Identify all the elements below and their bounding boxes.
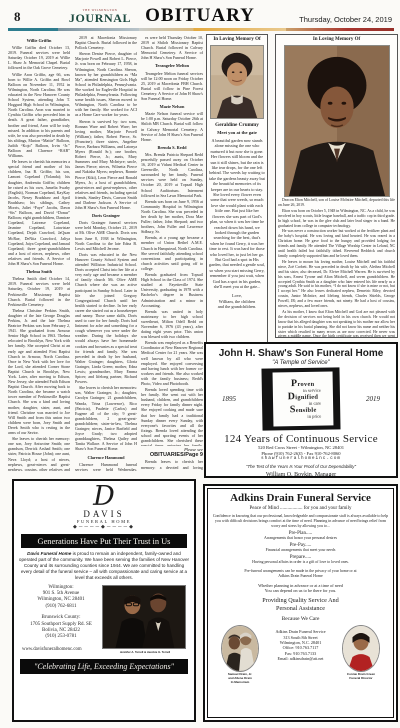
obituary-paragraph: Sheron is survived by: two sons, Ronnan … <box>75 119 137 211</box>
davis-photo-caption: Jennifer A. Terrell & Jacobie G. Terrell <box>102 650 188 654</box>
obituary-paragraph: She leaves to cherish her memory: one so… <box>8 436 70 471</box>
obituary-column-1: Willie GriffinWillie Griffin died Octobe… <box>8 35 70 471</box>
obituary-paragraph: 2019 at Macedonia Missionary Baptist Chu… <box>75 35 137 50</box>
obituary-paragraph: Brenda, at a young age became a member o… <box>141 235 203 271</box>
adkins-whether-note: Whether planning in advance or at a time… <box>208 583 393 594</box>
adkins-preplan-desc: Arrangements that honor your personal de… <box>208 536 393 541</box>
adkins-memoriam-caption: Samuel Drain, Jr.and Allene DrainIn Memo… <box>214 673 266 684</box>
obituary-heading: Terangelee Melton <box>141 63 203 68</box>
obituary-heading: Mazie Nelson <box>141 104 203 109</box>
elton-portrait-photo <box>284 45 390 197</box>
memorial-paragraph: As his mother, I know that Elton Mitchel… <box>278 310 395 338</box>
obituary-paragraph: es were held Thursday October 10, 2019 a… <box>141 35 203 60</box>
obituary-paragraph: Thelma Christine Perkins Smith, daughter… <box>8 308 70 435</box>
shaw-website: shawfuneralhomeinc.com <box>206 456 396 461</box>
adkins-memoriam-caption-line: In Memoriam <box>214 681 266 685</box>
adkins-contact-line: Email: adkinsdrain@att.net <box>275 656 325 661</box>
memorial-box-elton: In Loving Memory Of Deacon Elton Mitchel… <box>275 34 398 338</box>
section-divider-bar <box>8 28 394 31</box>
davis-wilmington-block: Wilmington:901 S. 5th AvenueWilmington, … <box>22 585 100 611</box>
davis-photo-image <box>102 585 186 649</box>
adkins-intro-text: Confidence in knowing that our professio… <box>212 514 390 529</box>
obituary-heading: Brenda S. Redd <box>141 145 203 150</box>
davis-directors-photo: Jennifer A. Terrell & Jacobie G. Terrell <box>102 585 188 654</box>
davis-body-lead: Davis Funeral Home <box>27 551 71 556</box>
davis-brunswick-line: (910) 253-0781 <box>22 634 100 640</box>
obituary-column-2: 2019 at Macedonia Missionary Baptist Chu… <box>75 35 137 471</box>
pds-plaque-graphic: Provenin serviceDignifiedin careSensible… <box>261 367 340 430</box>
shaw-year-founded: 1895 <box>214 395 244 403</box>
adkins-director-caption-line: Funeral Director <box>335 677 387 681</box>
geraldine-portrait-photo <box>210 45 264 119</box>
obituary-paragraph: Mazie Nelson funeral service will be 1:0… <box>141 111 203 142</box>
obituary-paragraph: Brenda was born on June 9, 1956 at Commu… <box>141 199 203 235</box>
davis-website: www.davisfuneralhomenc.com <box>22 647 100 653</box>
davis-flourish-ornament: ◆────◆────◆ <box>14 525 194 531</box>
adkins-inner-frame: Adkins Drain Funeral Service Peace of Mi… <box>207 488 394 718</box>
memorial-paragraph: Deacon Elton Mitchell, son of Louise McI… <box>278 198 395 208</box>
davis-body-text: Davis Funeral Home is proud to remain an… <box>18 551 190 581</box>
obituary-paragraph: He leaves to cherish his memories a spec… <box>8 159 70 266</box>
obituary-paragraph: Brenda was employed as a Benefits Coordi… <box>141 340 203 386</box>
shaw-ad-title: John H. Shaw's Son Funeral Home <box>206 348 396 359</box>
memorial-poem: A beautiful garden now stands alone miss… <box>209 138 265 289</box>
davis-slogan-banner: "Celebrating Life, Exceeding Expectation… <box>20 659 188 674</box>
obituary-paragraph: Brenda graduated from Topsail High Schoo… <box>141 272 203 308</box>
obituary-heading: Doris Grainger <box>75 213 137 218</box>
shaw-tagline: "The Test of the Years Is Your Proof of … <box>206 464 396 469</box>
shaw-years-of-service: 124 Years of Continuous Service <box>206 433 396 445</box>
connie-green-photo <box>342 625 380 672</box>
obituary-paragraph: She leaves to cherish her memories: son,… <box>75 385 137 451</box>
davis-logo-initial: D <box>14 483 194 510</box>
obituary-paragraph: Willie Griffin died October 13, 2019. Fu… <box>8 45 70 70</box>
plaque-subtext: in price <box>275 413 331 419</box>
obituary-paragraph: Thelma Smith died October 14, 2019. Fune… <box>8 276 70 307</box>
page-number: 8 <box>14 9 21 25</box>
adkins-director-side: Connie Drain GreenFuneral Director <box>335 625 387 684</box>
adkins-prepay-desc: Financial arrangements that meet your ne… <box>208 548 393 553</box>
memorial-box-geraldine: In Loving Memory Of Geraldine Crummy Mee… <box>206 34 268 370</box>
shaw-manager: William O. Boykin, Manager <box>206 472 396 478</box>
adkins-providing-text: Personal Assistance <box>208 605 393 612</box>
obituary-paragraph: Brenda leaves to cherish her memory: a d… <box>141 459 203 471</box>
adkins-contact-block: Adkins Drain Funeral Service313 South 8t… <box>275 625 325 684</box>
davis-locations: Wilmington:901 S. 5th AvenueWilmington, … <box>22 585 100 654</box>
continued-note-target: OBITUARIES/Page 9 <box>137 452 203 458</box>
adkins-privacy-line: Adkins Drain Funeral Home <box>208 574 393 579</box>
adkins-whether-line: You can depend on us to be there for you… <box>208 588 393 593</box>
adkins-providing-text: Providing Quality Service And <box>208 597 393 604</box>
obituary-paragraph: Sheron Denise Pierce, daughter of Marjor… <box>75 51 137 117</box>
adkins-prepare-desc: Having personal affairs in order is a gi… <box>208 560 393 565</box>
obituary-column-3: es were held Thursday October 10, 2019 a… <box>141 35 203 471</box>
adkins-title: Adkins Drain Funeral Service <box>208 492 393 504</box>
memorial-title: In Loving Memory Of <box>209 37 265 44</box>
memorial-title: In Loving Memory Of <box>278 37 395 44</box>
adkins-providing-line: Providing Quality Service AndPersonal As… <box>208 597 393 612</box>
adkins-drain-funeral-service-ad: Adkins Drain Funeral Service Peace of Mi… <box>203 484 398 722</box>
shaw-funeral-home-ad: John H. Shaw's Son Funeral Home "A Templ… <box>204 342 398 478</box>
adkins-peace-of-mind-line: Peace of Mind .................. for you… <box>208 506 393 511</box>
memorial-paragraph: He leaves to mourn his loving mother, Lo… <box>278 260 395 309</box>
shaw-year-current: 2019 <box>358 395 388 403</box>
obituary-paragraph: Doris Grainger funeral services were hel… <box>75 220 137 251</box>
obituary-paragraph: Mrs. Brenda Patricia Shepard Redd peacef… <box>141 152 203 198</box>
adkins-memoriam-side: Samuel Drain, Jr.and Allene DrainIn Memo… <box>214 625 266 684</box>
obituary-heading: Willie Griffin <box>8 38 70 43</box>
davis-name: DAVIS <box>14 510 194 519</box>
adkins-privacy-note: Pre-funeral arrangements can be made in … <box>208 569 393 579</box>
memorial-text: Deacon Elton Mitchell, son of Louise McI… <box>278 198 395 338</box>
drain-couple-photo <box>221 625 259 672</box>
obituary-heading: Thelma Smith <box>8 269 70 274</box>
obituary-paragraph: Clarence Hammond funeral services were h… <box>75 462 137 471</box>
davis-brunswick-block: Brunswick County:1705 Southport Supply R… <box>22 615 100 641</box>
memorial-name: Geraldine Crummy <box>209 122 265 128</box>
continued-note: Please see OBITUARIES/Page 9 <box>137 446 203 459</box>
memorial-closing: Love,William, the childrenand the grandc… <box>209 293 265 309</box>
memorial-paragraph: He was never a construction worker but w… <box>278 229 395 258</box>
obituary-paragraph: Terangelee Melton funeral services will … <box>141 71 203 102</box>
obituary-paragraph: Doris was educated in the New Hanover Co… <box>75 252 137 384</box>
page-date: Thursday, October 24, 2019 <box>299 15 392 24</box>
obituary-paragraph: Brenda was united in holy matrimony to h… <box>141 309 203 340</box>
davis-trust-banner: Generations Have Put Their Trust in Us <box>21 534 187 548</box>
section-title: OBITUARY <box>110 5 290 27</box>
memorial-paragraph: Elton was born on October 5, 1948 in Wil… <box>278 209 395 229</box>
memorial-subtitle: Meet you at the gate <box>209 130 265 135</box>
adkins-contact-line: Adkins Drain Funeral Service <box>275 629 325 634</box>
obituary-heading: Clarence Hammond <box>75 455 137 460</box>
adkins-director-caption: Connie Drain GreenFuneral Director <box>335 673 387 681</box>
newspaper-page: { "colors": { "masthead_green": "#1d4a40… <box>0 0 400 728</box>
obituary-paragraph: Willie Aron Griffin, age 66, was born to… <box>8 72 70 159</box>
davis-funeral-home-ad: D DAVIS FUNERAL HOME ◆────◆────◆ Generat… <box>12 479 196 722</box>
memorial-closing-line: and the grandchildren. <box>209 304 265 309</box>
